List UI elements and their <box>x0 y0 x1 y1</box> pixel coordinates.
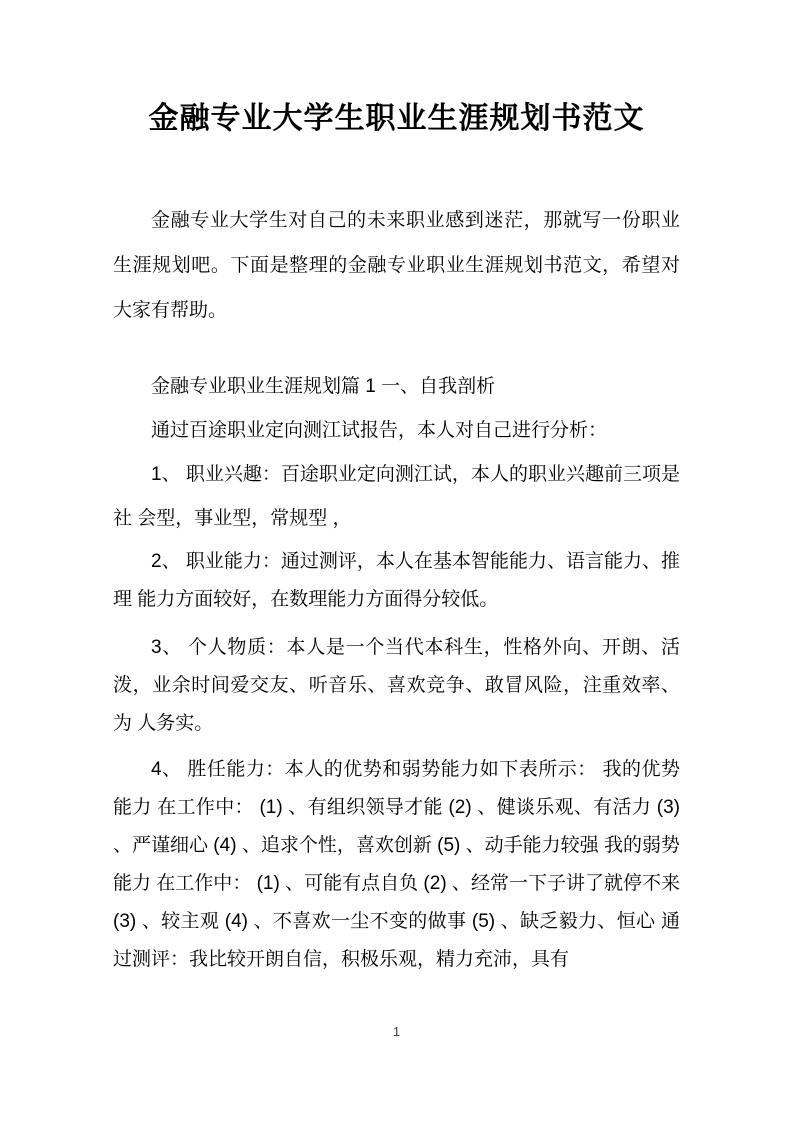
page-number: 1 <box>0 1024 793 1040</box>
paragraph-analysis-lead: 通过百途职业定向测江试报告，本人对自己进行分析： <box>113 409 680 453</box>
paragraph-item-personal-traits: 3、 个人物质：本人是一个当代本科生，性格外向、开朗、活泼，业余时间爱交友、听音… <box>113 629 680 743</box>
document-title: 金融专业大学生职业生涯规划书范文 <box>113 96 680 142</box>
document-page: 金融专业大学生职业生涯规划书范文 金融专业大学生对自己的未来职业感到迷茫，那就写… <box>0 0 793 1122</box>
paragraph-item-competence: 4、 胜任能力：本人的优势和弱势能力如下表所示： 我的优势能力 在工作中： (1… <box>113 751 680 979</box>
paragraph-intro: 金融专业大学生对自己的未来职业感到迷茫，那就写一份职业生涯规划吧。下面是整理的金… <box>113 198 680 333</box>
paragraph-item-career-interest: 1、 职业兴趣：百途职业定向测江试，本人的职业兴趣前三项是社 会型，事业型，常规… <box>113 453 680 541</box>
paragraph-item-career-ability: 2、 职业能力：通过测评，本人在基本智能能力、语言能力、推理 能力方面较好，在数… <box>113 543 680 619</box>
section-heading-self-analysis: 金融专业职业生涯规划篇 1 一、自我剖析 <box>113 365 680 409</box>
